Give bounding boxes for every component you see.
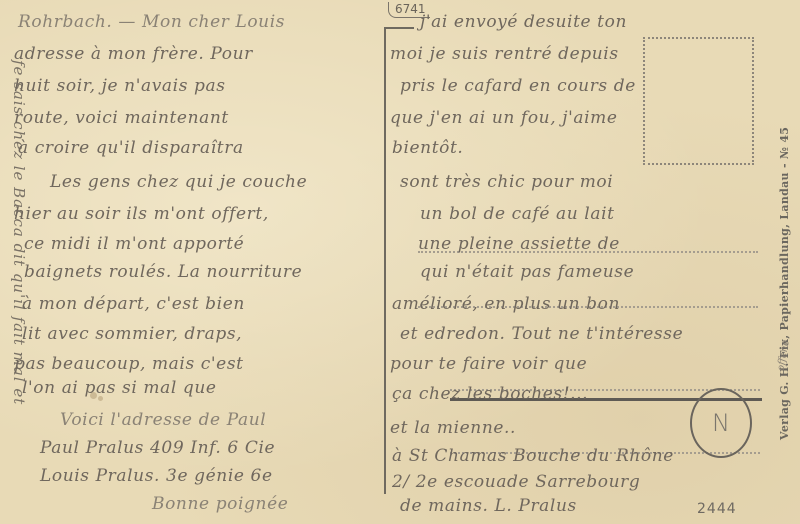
message-line-left: baignets roulés. La nourriture [24, 262, 302, 282]
message-line-right: de mains. L. Pralus [400, 496, 577, 516]
message-line-right: moi je suis rentré depuis [390, 44, 619, 64]
message-line-left: hier au soir ils m'ont offert, [14, 204, 269, 224]
message-line-left: à croire qu'il disparaîtra [18, 138, 244, 158]
message-line-left: Bonne poignée [152, 494, 288, 514]
message-line-right: ça chez les boches!... [392, 384, 588, 404]
message-line-left: pas beaucoup, mais c'est [14, 354, 244, 374]
message-line-right: pris le cafard en cours de [400, 76, 636, 96]
message-line-left: Louis Pralus. 3e génie 6e [40, 466, 273, 486]
message-line-left: route, voici maintenant [14, 108, 229, 128]
message-line-right: et edredon. Tout ne t'intéresse [400, 324, 683, 344]
message-line-right: à St Chamas Bouche du Rhône [392, 446, 674, 466]
message-line-left: Les gens chez qui je couche [50, 172, 307, 192]
message-line-right: 2/ 2e escouade Sarrebourg [392, 472, 640, 492]
message-line-left: ce midi il m'ont apporté [24, 234, 244, 254]
printer-imprint: Verlag G. H. Fix, Papierhandlung, Landau… [778, 127, 791, 440]
archive-number: 2444 [697, 501, 737, 517]
message-line-left: à mon départ, c'est bien [22, 294, 245, 314]
message-line-right: et la mienne.. [390, 418, 516, 438]
message-line-right: sont très chic pour moi [400, 172, 613, 192]
message-line-left: Paul Pralus 409 Inf. 6 Cie [40, 438, 275, 458]
message-line-left: adresse à mon frère. Pour [14, 44, 253, 64]
message-line-right: pour te faire voir que [390, 354, 587, 374]
message-line-right: amélioré, en plus un bon [392, 294, 620, 314]
postmark-letter: N [712, 409, 730, 437]
message-line-right: qui n'était pas fameuse [420, 262, 634, 282]
postcard-back: 6741 N Verlag G. H. Fix, Papierhandlung,… [0, 0, 800, 524]
postmark-circle: N [690, 388, 752, 458]
message-line-right: un bol de café au lait [420, 204, 615, 224]
message-line-left: l'on ai pas si mal que [22, 378, 217, 398]
center-divider [384, 28, 386, 494]
message-line-left: lit avec sommier, draps, [22, 324, 242, 344]
message-line-left: Voici l'adresse de Paul [60, 410, 266, 430]
message-line-left: Rohrbach. — Mon cher Louis [18, 12, 285, 32]
message-line-right: bientôt. [392, 138, 463, 158]
message-line-right: une pleine assiette de [418, 234, 620, 254]
divider-cap [384, 27, 414, 29]
message-line-right: que j'en ai un fou, j'aime [390, 108, 618, 128]
stamp-box [643, 37, 754, 165]
message-line-right: j'ai envoyé desuite ton [420, 12, 627, 32]
message-line-left: huit soir, je n'avais pas [14, 76, 226, 96]
